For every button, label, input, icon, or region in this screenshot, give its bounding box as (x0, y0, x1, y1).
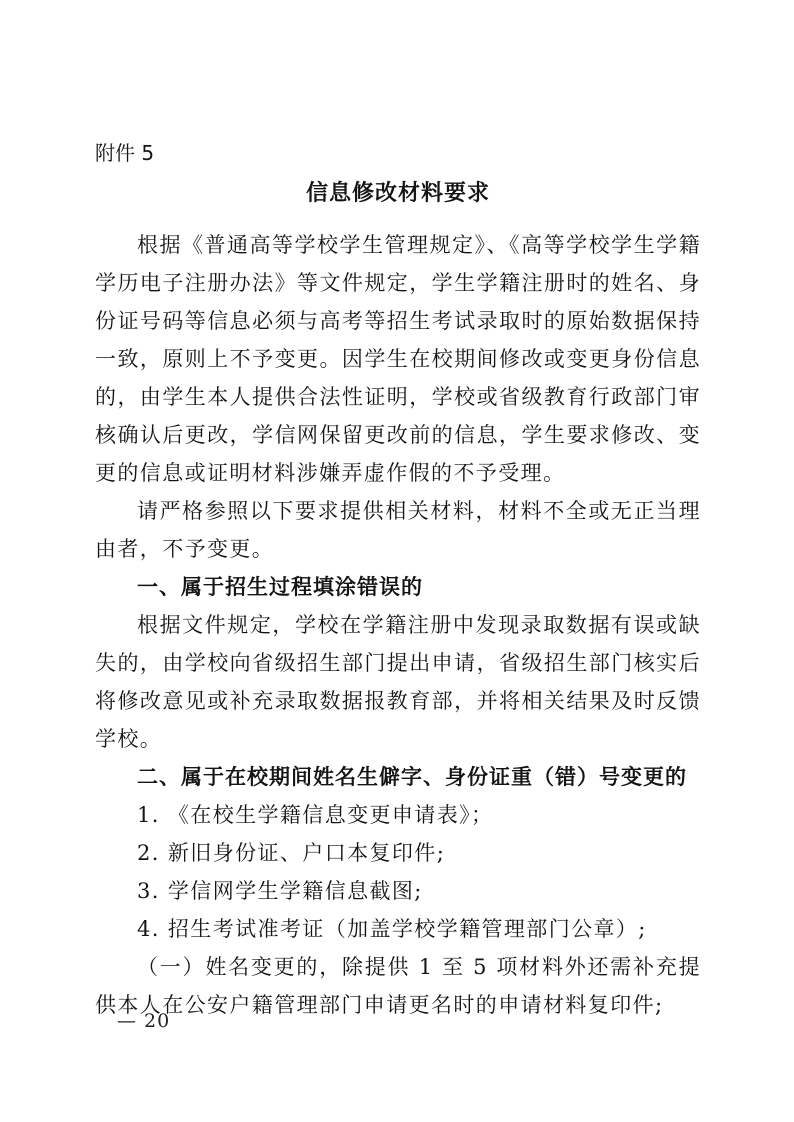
list-item-1: 1. 《在校生学籍信息变更申请表》； (95, 796, 701, 834)
heading-section-one: 一、属于招生过程填涂错误的 (95, 568, 701, 606)
document-page: 附件 5 信息修改材料要求 根据《普通高等学校学生管理规定》、《高等学校学生学籍… (0, 0, 794, 1122)
document-body: 附件 5 信息修改材料要求 根据《普通高等学校学生管理规定》、《高等学校学生学籍… (95, 140, 701, 1024)
list-item-3: 3. 学信网学生学籍信息截图; (95, 872, 701, 910)
paragraph-regulations-basis: 根据《普通高等学校学生管理规定》、《高等学校学生学籍学历电子注册办法》等文件规定… (95, 226, 701, 492)
list-item-4: 4. 招生考试准考证（加盖学校学籍管理部门公章）; (95, 910, 701, 948)
paragraph-requirements-note: 请严格参照以下要求提供相关材料，材料不全或无正当理由者，不予变更。 (95, 492, 701, 568)
list-item-2: 2. 新旧身份证、户口本复印件; (95, 834, 701, 872)
paragraph-section-one-body: 根据文件规定，学校在学籍注册中发现录取数据有误或缺失的，由学校向省级招生部门提出… (95, 606, 701, 758)
page-number: — 20 (117, 1008, 170, 1034)
attachment-label: 附件 5 (95, 140, 701, 166)
heading-section-two: 二、属于在校期间姓名生僻字、身份证重（错）号变更的 (95, 758, 701, 796)
paragraph-name-change-supplement: （一）姓名变更的，除提供 1 至 5 项材料外还需补充提供本人在公安户籍管理部门… (95, 948, 701, 1024)
page-title: 信息修改材料要求 (95, 179, 701, 207)
